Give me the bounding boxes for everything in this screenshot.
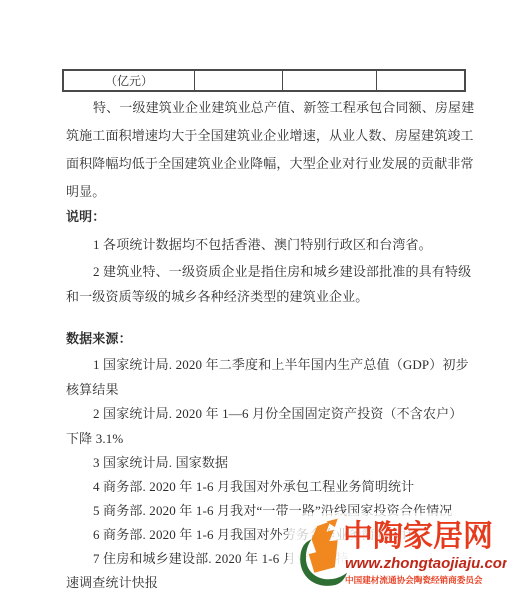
paragraph-line: 面积降幅均低于全国建筑业企业降幅，大型企业对行业发展的贡献非常 xyxy=(66,155,468,173)
table-cell-unit: （亿元） xyxy=(64,71,195,90)
watermark-url: www.zhongtaojiaju.com xyxy=(345,555,507,573)
paragraph-line: 筑施工面积增速均大于全国建筑业企业增速，从业人数、房屋建筑竣工 xyxy=(66,127,468,145)
watermark-subtitle: 中国建材流通协会陶瓷经销商委员会 xyxy=(345,575,483,586)
source-item-continuation: 下降 3.1% xyxy=(66,430,468,448)
source-item: 3 国家统计局. 国家数据 xyxy=(66,454,495,472)
document-page: （亿元） 特、一级建筑业企业建筑业总产值、新签工程承包合同额、房屋建 筑施工面积… xyxy=(0,0,507,600)
table-cell-empty-2 xyxy=(283,71,377,90)
sources-heading: 数据来源： xyxy=(66,330,468,348)
data-table: （亿元） xyxy=(62,69,466,92)
paragraph-line: 特、一级建筑业企业建筑业总产值、新签工程承包合同额、房屋建 xyxy=(66,99,495,117)
table-cell-empty-3 xyxy=(377,71,464,90)
note-item-continuation: 和一级资质等级的城乡各种经济类型的建筑业企业。 xyxy=(66,288,468,306)
source-item-continuation: 核算结果 xyxy=(66,381,468,399)
watermark: 中陶家居网 www.zhongtaojiaju.com 中国建材流通协会陶瓷经销… xyxy=(288,513,507,600)
note-item: 1 各项统计数据均不包括香港、澳门特别行政区和台湾省。 xyxy=(66,236,495,254)
note-item: 2 建筑业特、一级资质企业是指住房和城乡建设部批准的具有特级 xyxy=(66,263,495,281)
table-cell-empty-1 xyxy=(195,71,283,90)
source-item: 4 商务部. 2020 年 1-6 月我国对外承包工程业务简明统计 xyxy=(66,478,495,496)
notes-heading: 说明： xyxy=(66,208,468,226)
source-item: 2 国家统计局. 2020 年 1—6 月份全国固定资产投资（不含农户） xyxy=(66,405,495,423)
source-item: 1 国家统计局. 2020 年二季度和上半年国内生产总值（GDP）初步 xyxy=(66,356,495,374)
watermark-title: 中陶家居网 xyxy=(343,521,493,553)
zhongtao-logo-icon xyxy=(291,518,347,594)
source-item-visible-text: 7 住房和城乡建设部. 2020 年 1-6 月 xyxy=(93,551,296,566)
paragraph-line: 明显。 xyxy=(66,183,468,201)
